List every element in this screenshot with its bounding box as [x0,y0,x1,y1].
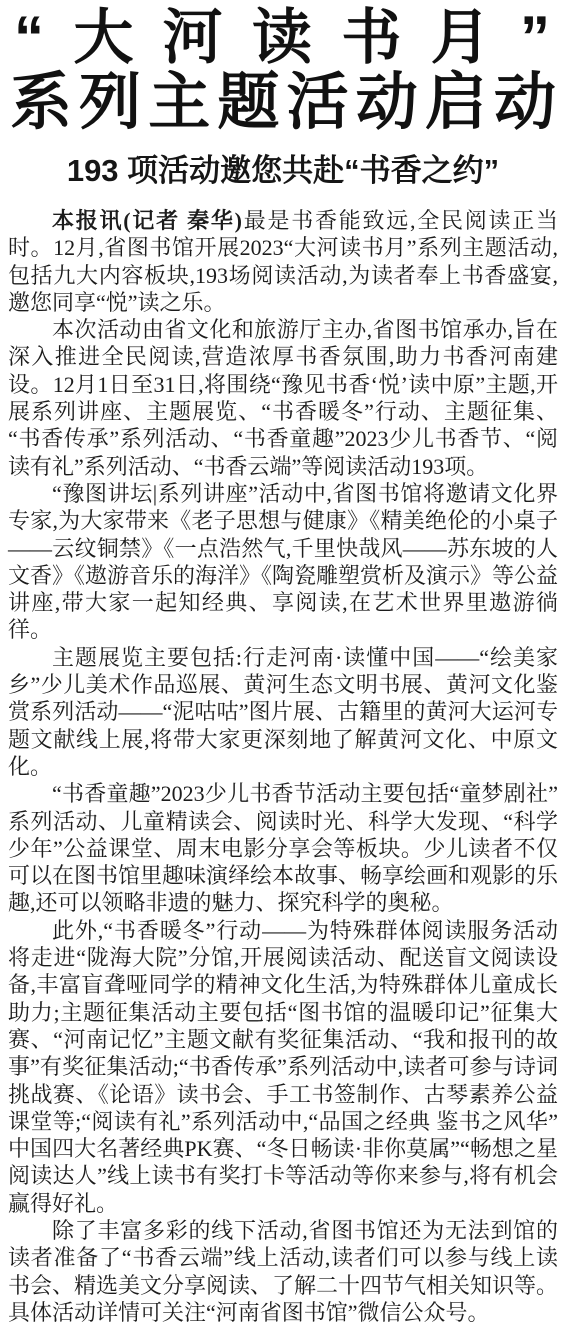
paragraph-online-closing: 除了丰富多彩的线下活动,省图书馆还为无法到馆的读者准备了“书香云端”线上活动,读… [8,1217,558,1326]
article-headline: “大河读书月” 系列主题活动启动 [8,6,558,136]
paragraph-children-festival: “书香童趣”2023少儿书香节活动主要包括“童梦剧社”系列活动、儿童精读会、阅读… [8,780,558,916]
headline-line-1: “大河读书月” [8,6,558,70]
byline: 本报讯(记者 秦华) [52,208,242,233]
article-subtitle: 193 项活动邀您共赴“书香之约” [8,152,558,190]
paragraph-lectures: “豫图讲坛|系列讲座”活动中,省图书馆将邀请文化界专家,为大家带来《老子思想与健… [8,480,558,644]
lead-paragraph: 本报讯(记者 秦华)最是书香能致远,全民阅读正当时。12月,省图书馆开展2023… [8,207,558,316]
article-body: 本报讯(记者 秦华)最是书香能致远,全民阅读正当时。12月,省图书馆开展2023… [8,207,558,1326]
headline-line-2: 系列主题活动启动 [8,70,558,136]
paragraph-special-activities: 此外,“书香暖冬”行动——为特殊群体阅读服务活动将走进“陇海大院”分馆,开展阅读… [8,917,558,1217]
paragraph-exhibitions: 主题展览主要包括:行走河南·读懂中国——“绘美家乡”少儿美术作品巡展、黄河生态文… [8,644,558,780]
paragraph-overview: 本次活动由省文化和旅游厅主办,省图书馆承办,旨在深入推进全民阅读,营造浓厚书香氛… [8,316,558,480]
newspaper-article-page: “大河读书月” 系列主题活动启动 193 项活动邀您共赴“书香之约” 本报讯(记… [0,0,566,1336]
